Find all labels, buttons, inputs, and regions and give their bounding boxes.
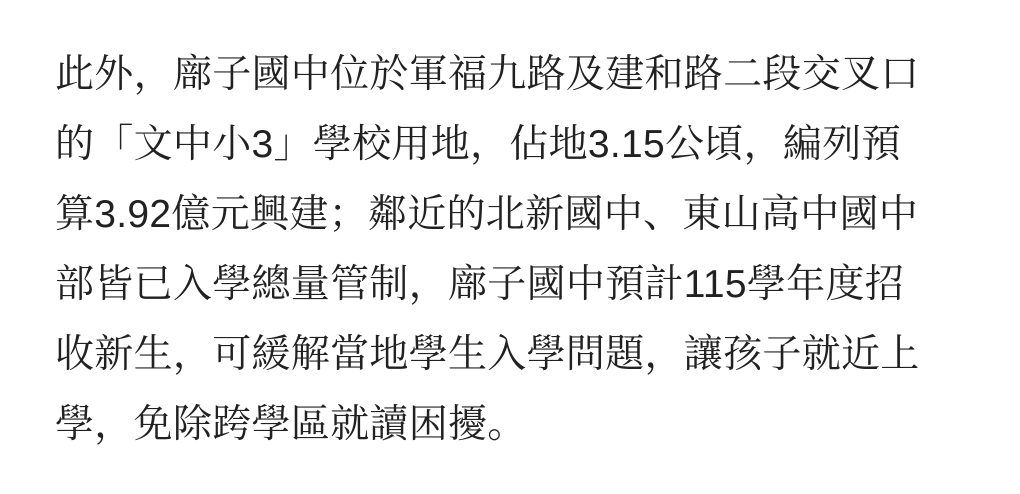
paragraph-line: 學，免除跨學區就讀困擾。 (55, 390, 965, 460)
article-paragraph: 此外，廍子國中位於軍福九路及建和路二段交叉口 的「文中小3」學校用地，佔地3.1… (0, 0, 1020, 460)
paragraph-line: 收新生，可緩解當地學生入學問題，讓孩子就近上 (55, 320, 965, 390)
paragraph-line: 的「文中小3」學校用地，佔地3.15公頃，編列預 (55, 110, 965, 180)
article-page: 此外，廍子國中位於軍福九路及建和路二段交叉口 的「文中小3」學校用地，佔地3.1… (0, 0, 1020, 494)
paragraph-line: 部皆已入學總量管制，廍子國中預計115學年度招 (55, 250, 965, 320)
paragraph-line: 算3.92億元興建；鄰近的北新國中、東山高中國中 (55, 180, 965, 250)
paragraph-line: 此外，廍子國中位於軍福九路及建和路二段交叉口 (55, 40, 965, 110)
